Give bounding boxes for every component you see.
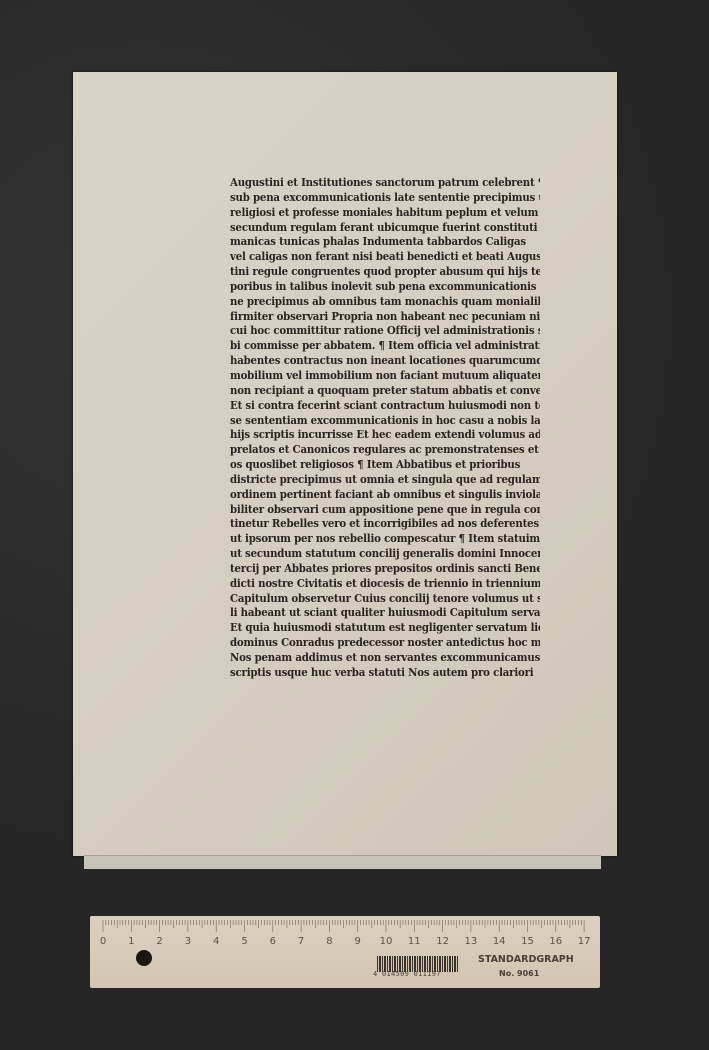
manuscript-line: cui hoc committitur ratione Officij vel …: [230, 324, 540, 340]
manuscript-line: tercij per Abbates priores prepositos or…: [230, 562, 540, 578]
manuscript-line: religiosi et professe moniales habitum p…: [230, 205, 540, 221]
manuscript-line: habentes contractus non ineant locatione…: [230, 354, 540, 370]
manuscript-line: Nos penam addimus et non servantes excom…: [230, 651, 540, 667]
manuscript-line: scriptis usque huc verba statuti Nos aut…: [230, 665, 540, 681]
ruler-number: 1: [128, 936, 134, 947]
manuscript-line: secundum regulam ferant ubicumque fuerin…: [230, 220, 540, 236]
ruler-number: 5: [241, 936, 247, 947]
manuscript-line: ne precipimus ab omnibus tam monachis qu…: [230, 294, 540, 310]
ruler-number: 14: [493, 936, 506, 947]
ruler-number: 12: [436, 936, 449, 947]
ruler-number: 17: [578, 936, 591, 947]
ruler-number: 13: [465, 936, 478, 947]
manuscript-line: tinetur Rebelles vero et incorrigibiles …: [230, 517, 540, 533]
manuscript-line: manicas tunicas phalas Indumenta tabbard…: [230, 235, 540, 251]
manuscript-line: poribus in talibus inolevit sub pena exc…: [230, 280, 540, 296]
manuscript-line: bi commisse per abbatem. ¶ Item officia …: [230, 339, 540, 355]
manuscript-line: li habeant ut sciant qualiter huiusmodi …: [230, 606, 540, 622]
barcode-number: 4 014509 011197: [373, 970, 441, 978]
ruler-hole: [136, 950, 152, 966]
ruler-number: 0: [100, 936, 106, 947]
manuscript-line: non recipiant a quoquam preter statum ab…: [230, 383, 540, 399]
manuscript-line: ut secundum statutum concilij generalis …: [230, 547, 540, 563]
manuscript-line: mobilium vel immobilium non faciant mutu…: [230, 369, 540, 385]
manuscript-line: Capitulum observetur Cuius concilij teno…: [230, 591, 540, 607]
manuscript-line: dominus Conradus predecessor noster ante…: [230, 636, 540, 652]
ruler-number: 16: [549, 936, 562, 947]
manuscript-line: districte precipimus ut omnia et singula…: [230, 473, 540, 489]
ruler-number: 8: [326, 936, 332, 947]
ruler-number: 15: [521, 936, 534, 947]
ruler-number: 2: [156, 936, 162, 947]
manuscript-line: hijs scriptis incurrisse Et hec eadem ex…: [230, 428, 540, 444]
ruler-ticks: [90, 916, 600, 938]
manuscript-line: biliter observari cum appositione pene q…: [230, 502, 540, 518]
manuscript-text-block: Augustini et Institutiones sanctorum pat…: [230, 176, 540, 681]
manuscript-line: ordinem pertinent faciant ab omnibus et …: [230, 487, 540, 503]
leaf-bottom-strip: [84, 855, 601, 869]
manuscript-line: Et si contra fecerint sciant contractum …: [230, 398, 540, 414]
ruler-number: 11: [408, 936, 421, 947]
manuscript-line: os quoslibet religiosos ¶ Item Abbatibus…: [230, 458, 540, 474]
manuscript-line: prelatos et Canonicos regulares ac premo…: [230, 443, 540, 459]
ruler-number: 10: [380, 936, 393, 947]
ruler-brand: STANDARDGRAPH: [478, 954, 574, 965]
ruler-number: 4: [213, 936, 219, 947]
ruler-number: 9: [355, 936, 361, 947]
manuscript-line: se sententiam excommunicationis in hoc c…: [230, 413, 540, 429]
manuscript-line: sub pena excommunicationis late sententi…: [230, 190, 540, 206]
manuscript-line: Et quia huiusmodi statutum est negligent…: [230, 621, 540, 637]
manuscript-line: Augustini et Institutiones sanctorum pat…: [230, 176, 540, 192]
ruler-model: No. 9061: [499, 969, 539, 978]
manuscript-line: tini regule congruentes quod propter abu…: [230, 265, 540, 281]
scale-ruler: 01234567891011121314151617 4 014509 0111…: [90, 916, 600, 988]
manuscript-line: ut ipsorum per nos rebellio compescatur …: [230, 532, 540, 548]
ruler-number: 6: [270, 936, 276, 947]
ruler-number: 7: [298, 936, 304, 947]
manuscript-line: dicti nostre Civitatis et diocesis de tr…: [230, 576, 540, 592]
ruler-number: 3: [185, 936, 191, 947]
manuscript-line: firmiter observari Propria non habeant n…: [230, 309, 540, 325]
manuscript-line: vel caligas non ferant nisi beati benedi…: [230, 250, 540, 266]
